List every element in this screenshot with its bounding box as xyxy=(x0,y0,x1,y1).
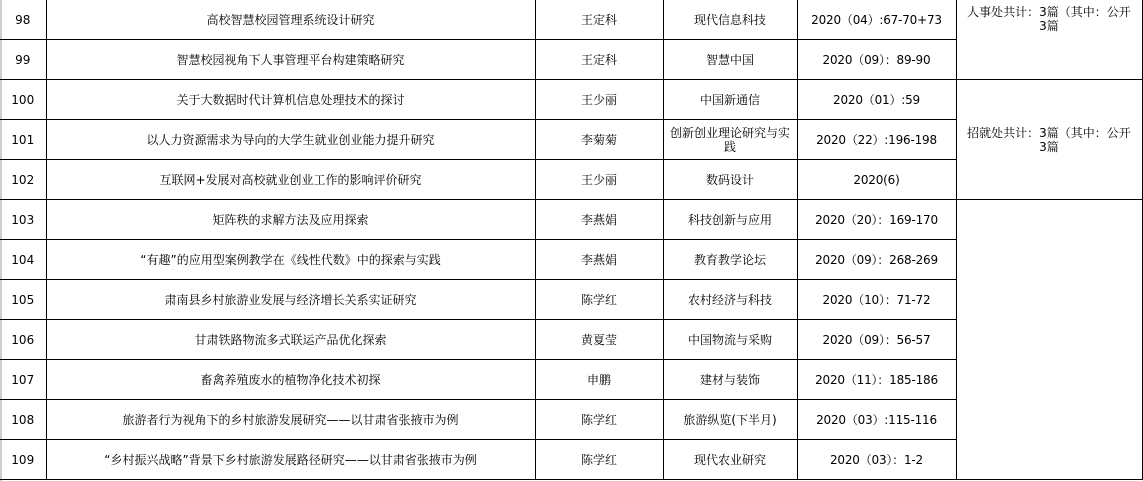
cell-journal[interactable]: 创新创业理论研究与实践 xyxy=(663,120,797,160)
cell-author[interactable]: 王少丽 xyxy=(535,160,663,200)
cell-author[interactable]: 王少丽 xyxy=(535,80,663,120)
cell-title[interactable]: “有趣”的应用型案例教学在《线性代数》中的探索与实践 xyxy=(46,240,535,280)
cell-number[interactable]: 107 xyxy=(0,360,46,400)
cell-number[interactable]: 102 xyxy=(0,160,46,200)
cell-journal[interactable]: 农村经济与科技 xyxy=(663,280,797,320)
cell-number[interactable]: 105 xyxy=(0,280,46,320)
cell-title[interactable]: “乡村振兴战略”背景下乡村旅游发展路径研究——以甘肃省张掖市为例 xyxy=(46,440,535,480)
cell-issue[interactable]: 2020（03）：1-2 xyxy=(797,440,956,480)
cell-issue[interactable]: 2020（04）:67-70+73 xyxy=(797,0,956,40)
cell-issue[interactable]: 2020（09）：89-90 xyxy=(797,40,956,80)
cell-author[interactable]: 陈学红 xyxy=(535,280,663,320)
cell-number[interactable]: 104 xyxy=(0,240,46,280)
cell-remark-employment[interactable]: 招就处共计：3篇（其中：公开 3篇 xyxy=(956,80,1142,200)
cell-title[interactable]: 智慧校园视角下人事管理平台构建策略研究 xyxy=(46,40,535,80)
cell-author[interactable]: 黄夏莹 xyxy=(535,320,663,360)
cell-title[interactable]: 关于大数据时代计算机信息处理技术的探讨 xyxy=(46,80,535,120)
cell-number[interactable]: 108 xyxy=(0,400,46,440)
cell-number[interactable]: 106 xyxy=(0,320,46,360)
table-row: 98 高校智慧校园管理系统设计研究 王定科 现代信息科技 2020（04）:67… xyxy=(0,0,1142,40)
cell-author[interactable]: 王定科 xyxy=(535,0,663,40)
cell-author[interactable]: 王定科 xyxy=(535,40,663,80)
remark-line: 3篇 xyxy=(959,140,1140,154)
cell-journal[interactable]: 科技创新与应用 xyxy=(663,200,797,240)
cell-author[interactable]: 李燕娟 xyxy=(535,200,663,240)
cell-journal[interactable]: 智慧中国 xyxy=(663,40,797,80)
cell-journal[interactable]: 建材与装饰 xyxy=(663,360,797,400)
papers-table: 98 高校智慧校园管理系统设计研究 王定科 现代信息科技 2020（04）:67… xyxy=(0,0,1143,480)
cell-issue[interactable]: 2020（10）：71-72 xyxy=(797,280,956,320)
cell-number[interactable]: 103 xyxy=(0,200,46,240)
cell-number[interactable]: 101 xyxy=(0,120,46,160)
cell-title[interactable]: 甘肃铁路物流多式联运产品优化探索 xyxy=(46,320,535,360)
cell-issue[interactable]: 2020（11）：185-186 xyxy=(797,360,956,400)
cell-number[interactable]: 109 xyxy=(0,440,46,480)
cell-journal[interactable]: 中国新通信 xyxy=(663,80,797,120)
cell-remark-personnel[interactable]: 人事处共计：3篇（其中：公开 3篇 xyxy=(956,0,1142,80)
cell-title[interactable]: 畜禽养殖废水的植物净化技术初探 xyxy=(46,360,535,400)
cell-number[interactable]: 99 xyxy=(0,40,46,80)
cell-issue[interactable]: 2020（22）:196-198 xyxy=(797,120,956,160)
cell-journal[interactable]: 数码设计 xyxy=(663,160,797,200)
cell-issue[interactable]: 2020（03）:115-116 xyxy=(797,400,956,440)
cell-journal[interactable]: 现代信息科技 xyxy=(663,0,797,40)
cell-title[interactable]: 以人力资源需求为导向的大学生就业创业能力提升研究 xyxy=(46,120,535,160)
cell-title[interactable]: 肃南县乡村旅游业发展与经济增长关系实证研究 xyxy=(46,280,535,320)
cell-author[interactable]: 陈学红 xyxy=(535,400,663,440)
cell-issue[interactable]: 2020（09）：56-57 xyxy=(797,320,956,360)
cell-number[interactable]: 100 xyxy=(0,80,46,120)
cell-number[interactable]: 98 xyxy=(0,0,46,40)
cell-author[interactable]: 陈学红 xyxy=(535,440,663,480)
cell-journal[interactable]: 现代农业研究 xyxy=(663,440,797,480)
table-row: 100 关于大数据时代计算机信息处理技术的探讨 王少丽 中国新通信 2020（0… xyxy=(0,80,1142,120)
cell-title[interactable]: 旅游者行为视角下的乡村旅游发展研究——以甘肃省张掖市为例 xyxy=(46,400,535,440)
cell-author[interactable]: 申鹏 xyxy=(535,360,663,400)
cell-author[interactable]: 李菊菊 xyxy=(535,120,663,160)
remark-line: 3篇 xyxy=(959,19,1140,33)
remark-line: 人事处共计：3篇（其中：公开 xyxy=(959,5,1140,19)
cell-title[interactable]: 矩阵秩的求解方法及应用探索 xyxy=(46,200,535,240)
cell-journal[interactable]: 中国物流与采购 xyxy=(663,320,797,360)
table-row: 103 矩阵秩的求解方法及应用探索 李燕娟 科技创新与应用 2020（20）：1… xyxy=(0,200,1142,240)
cell-title[interactable]: 高校智慧校园管理系统设计研究 xyxy=(46,0,535,40)
cell-issue[interactable]: 2020(6) xyxy=(797,160,956,200)
cell-title[interactable]: 互联网+发展对高校就业创业工作的影响评价研究 xyxy=(46,160,535,200)
cell-remark-empty[interactable] xyxy=(956,200,1142,480)
cell-journal[interactable]: 教育教学论坛 xyxy=(663,240,797,280)
cell-author[interactable]: 李燕娟 xyxy=(535,240,663,280)
cell-issue[interactable]: 2020（09）：268-269 xyxy=(797,240,956,280)
cell-issue[interactable]: 2020（20）：169-170 xyxy=(797,200,956,240)
cell-issue[interactable]: 2020（01）:59 xyxy=(797,80,956,120)
cell-journal[interactable]: 旅游纵览(下半月) xyxy=(663,400,797,440)
remark-line: 招就处共计：3篇（其中：公开 xyxy=(959,126,1140,140)
